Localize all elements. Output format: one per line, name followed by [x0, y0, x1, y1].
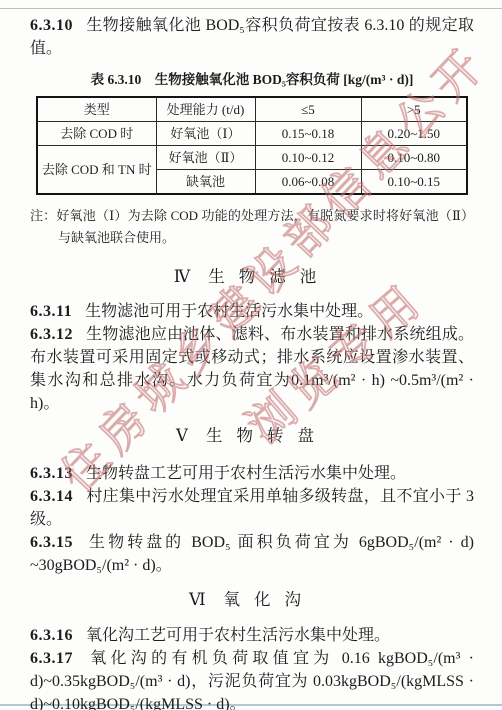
clause-text: 生物转盘的 BOD₅ 面积负荷宜为 6gBOD₅/(m² · d) ~30gBO…: [30, 534, 474, 574]
cell-pool: 好氧池（Ⅰ）: [156, 122, 255, 146]
clause-text: 氧化沟工艺可用于农村生活污水集中处理。: [86, 627, 390, 644]
clause-text: 氧化沟的有机负荷取值宜为 0.16 kgBOD₅/(m³ · d)~0.35kg…: [30, 650, 474, 710]
clause-number: 6.3.12: [30, 326, 73, 343]
section-title: 生物滤池: [208, 267, 330, 286]
clause-number: 6.3.16: [30, 627, 73, 644]
clause-6-3-12: 6.3.12生物滤池应由池体、滤料、布水装置和排水系统组成。布水装置可采用固定式…: [30, 323, 474, 415]
clause-text: 生物滤池可用于农村生活污水集中处理。: [85, 303, 373, 320]
table-row: 去除 COD 和 TN 时 好氧池（Ⅱ） 0.10~0.12 0.10~0.80: [37, 146, 467, 170]
table-header-row: 类型 处理能力 (t/d) ≤5 >5: [37, 97, 467, 122]
clause-number: 6.3.14: [30, 488, 73, 505]
cell-le5: 0.06~0.08: [255, 170, 361, 195]
cell-gt5: 0.10~0.80: [361, 146, 467, 170]
clause-text: 生物接触氧化池 BOD₅容积负荷宜按表 6.3.10 的规定取值。: [30, 17, 474, 57]
clause-number: 6.3.15: [30, 534, 73, 551]
cell-le5: 0.15~0.18: [255, 122, 361, 146]
clause-6-3-10: 6.3.10生物接触氧化池 BOD₅容积负荷宜按表 6.3.10 的规定取值。: [30, 14, 474, 60]
cell-pool: 缺氧池: [156, 170, 255, 195]
clause-6-3-13: 6.3.13生物转盘工艺可用于农村生活污水集中处理。: [30, 462, 474, 485]
col-header-le5: ≤5: [255, 97, 361, 122]
cell-gt5: 0.10~0.15: [361, 170, 467, 195]
section-heading-4: Ⅳ生物滤池: [30, 265, 474, 289]
section-numeral: Ⅵ: [189, 590, 206, 609]
cell-gt5: 0.20~1.50: [361, 122, 467, 146]
clause-6-3-16: 6.3.16氧化沟工艺可用于农村生活污水集中处理。: [30, 624, 474, 647]
table-note: 注：好氧池（Ⅰ）为去除 COD 功能的处理方法，有脱氮要求时将好氧池（Ⅱ）与缺氧…: [30, 205, 474, 249]
clause-number: 6.3.17: [30, 650, 73, 667]
col-header-gt5: >5: [361, 97, 467, 122]
section-title: 生物转盘: [206, 426, 328, 445]
page-content: 6.3.10生物接触氧化池 BOD₅容积负荷宜按表 6.3.10 的规定取值。 …: [0, 0, 502, 710]
document-page: 6.3.10生物接触氧化池 BOD₅容积负荷宜按表 6.3.10 的规定取值。 …: [0, 0, 502, 710]
bod5-load-table: 类型 处理能力 (t/d) ≤5 >5 去除 COD 时 好氧池（Ⅰ） 0.15…: [36, 96, 468, 195]
clause-number: 6.3.10: [30, 17, 73, 34]
section-numeral: Ⅴ: [176, 426, 188, 445]
table-title: 表 6.3.10 生物接触氧化池 BOD₅容积负荷 [kg/(m³ · d)]: [30, 71, 474, 89]
clause-6-3-11: 6.3.11生物滤池可用于农村生活污水集中处理。: [30, 300, 474, 323]
cell-le5: 0.10~0.12: [255, 146, 361, 170]
clause-number: 6.3.11: [30, 303, 72, 320]
clause-number: 6.3.13: [30, 465, 73, 482]
col-header-type: 类型: [37, 97, 156, 122]
clause-text: 生物滤池应由池体、滤料、布水装置和排水系统组成。布水装置可采用固定式或移动式；排…: [30, 326, 474, 412]
clause-6-3-17: 6.3.17氧化沟的有机负荷取值宜为 0.16 kgBOD₅/(m³ · d)~…: [30, 647, 474, 710]
cell-type: 去除 COD 时: [37, 122, 156, 146]
cell-pool: 好氧池（Ⅱ）: [156, 146, 255, 170]
cell-type-merged: 去除 COD 和 TN 时: [37, 146, 156, 195]
clause-6-3-15: 6.3.15生物转盘的 BOD₅ 面积负荷宜为 6gBOD₅/(m² · d) …: [30, 531, 474, 577]
table-row: 去除 COD 时 好氧池（Ⅰ） 0.15~0.18 0.20~1.50: [37, 122, 467, 146]
section-heading-5: Ⅴ生物转盘: [30, 424, 474, 448]
clause-6-3-14: 6.3.14村庄集中污水处理宜采用单轴多级转盘，且不宜小于 3 级。: [30, 485, 474, 531]
clause-text: 村庄集中污水处理宜采用单轴多级转盘，且不宜小于 3 级。: [30, 488, 474, 528]
section-title: 氧化沟: [224, 590, 316, 609]
section-numeral: Ⅳ: [174, 267, 190, 286]
clause-text: 生物转盘工艺可用于农村生活污水集中处理。: [86, 465, 406, 482]
col-header-capacity: 处理能力 (t/d): [156, 97, 255, 122]
section-heading-6: Ⅵ氧化沟: [30, 588, 474, 612]
